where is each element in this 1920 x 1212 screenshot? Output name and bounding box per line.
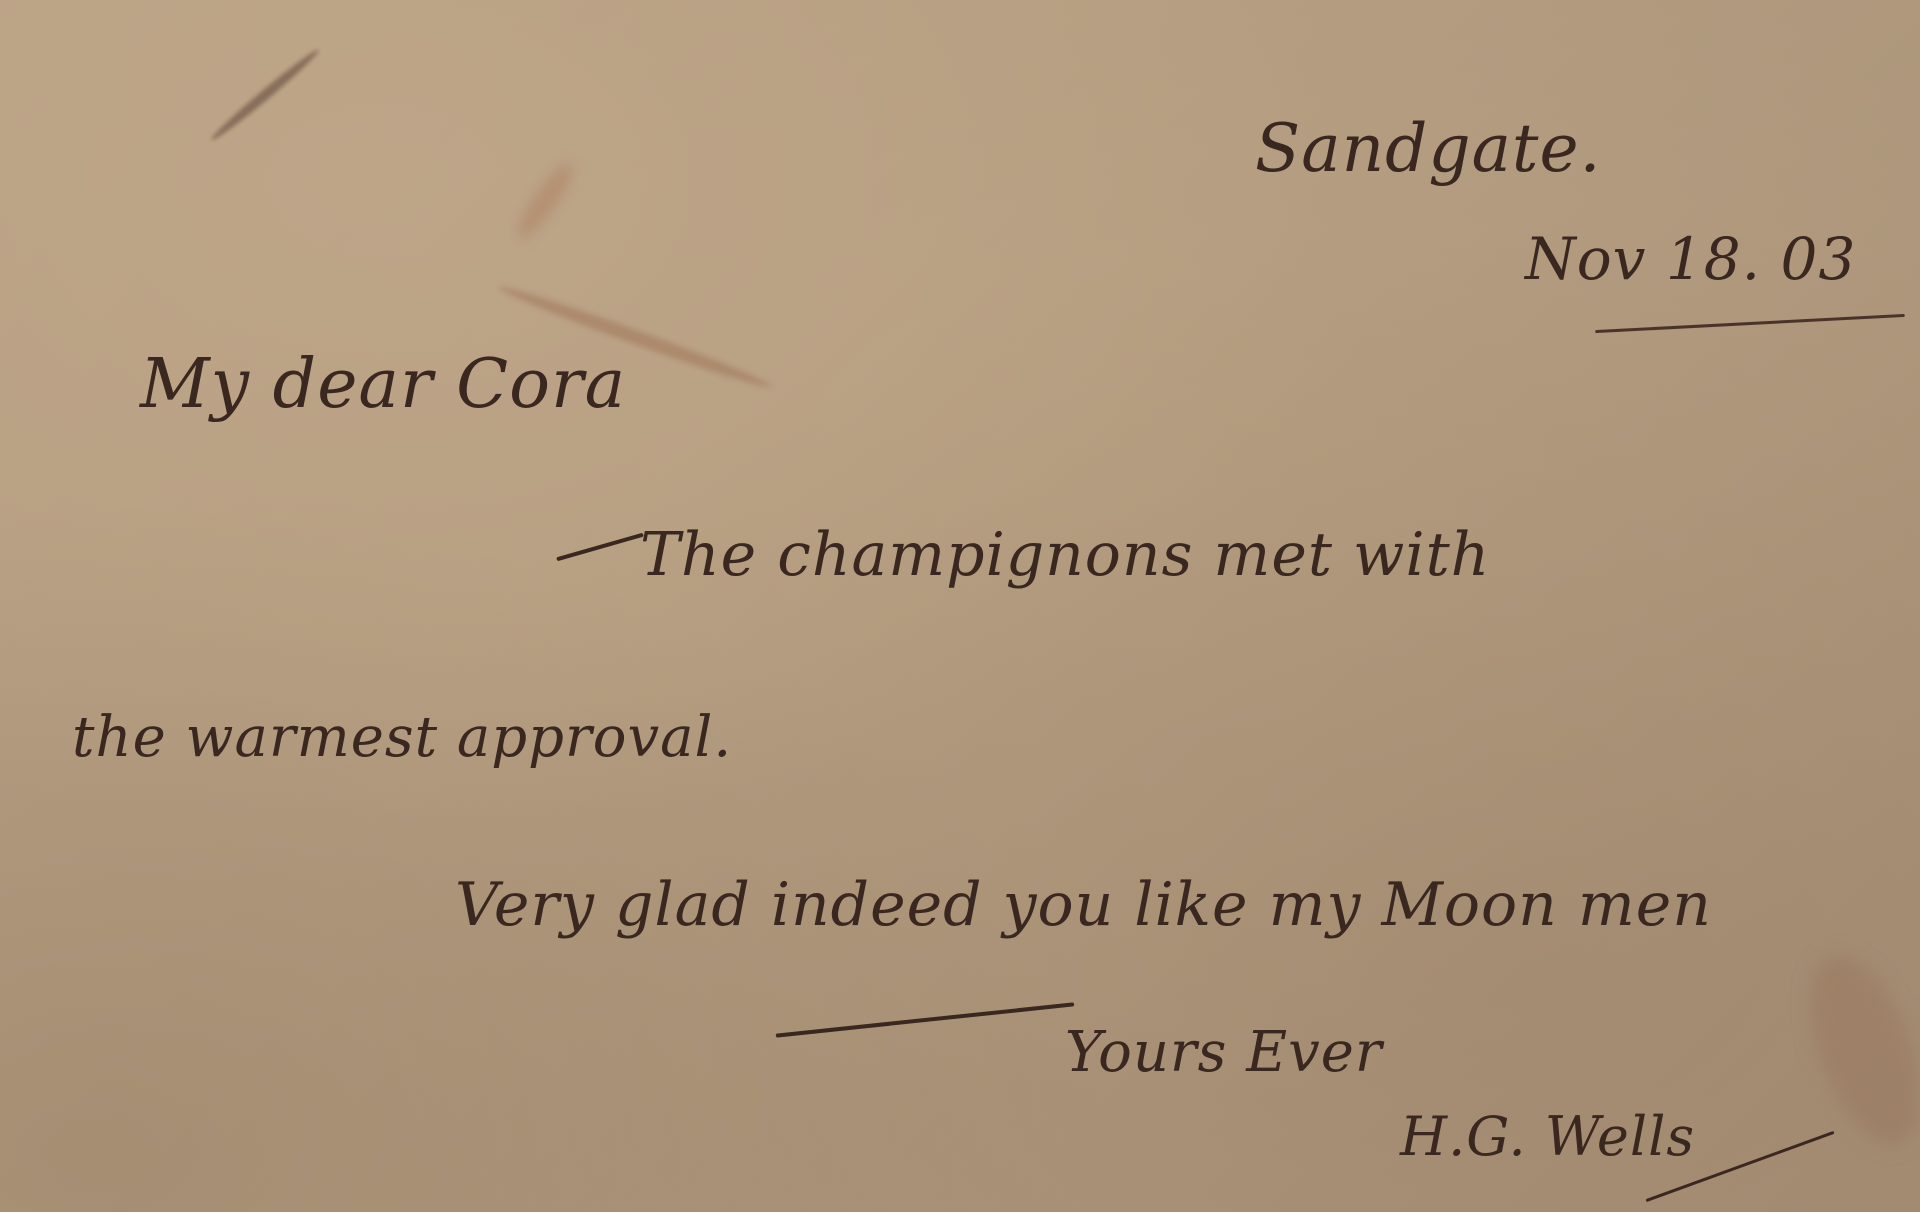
- letter-paper: Sandgate. Nov 18. 03 My dear Cora The ch…: [0, 0, 1920, 1212]
- paragraph-dash: [556, 533, 644, 562]
- date-underline: [1595, 314, 1905, 333]
- paper-stain: [1789, 941, 1920, 1160]
- letter-body-line: Very glad indeed you like my Moon men: [455, 870, 1712, 940]
- letter-body-line: the warmest approval.: [72, 705, 732, 770]
- letter-place: Sandgate.: [1255, 110, 1601, 187]
- letter-date: Nov 18. 03: [1525, 225, 1856, 293]
- paper-stain: [510, 158, 580, 244]
- letter-closing: Yours Ever: [1065, 1020, 1383, 1085]
- closing-swash: [776, 1002, 1075, 1037]
- letter-signature: H.G. Wells: [1400, 1105, 1695, 1168]
- letter-salutation: My dear Cora: [140, 345, 626, 424]
- ink-scratch: [208, 46, 322, 144]
- letter-body-line: The champignons met with: [640, 520, 1490, 590]
